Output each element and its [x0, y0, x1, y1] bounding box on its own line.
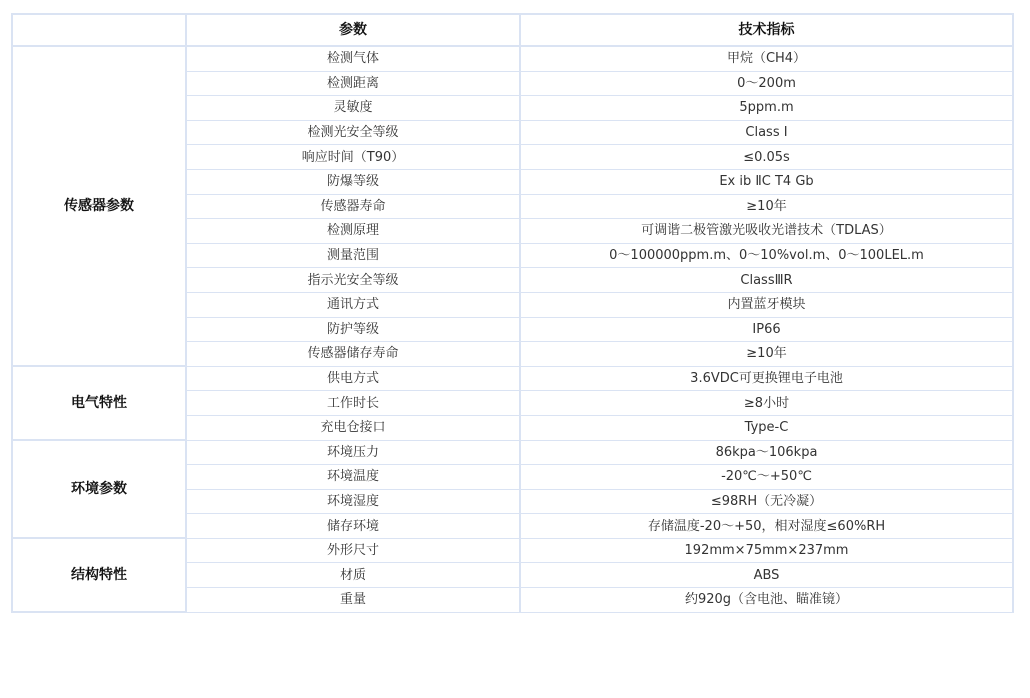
- header-group: [12, 14, 186, 46]
- value-cell: 甲烷（CH4）: [520, 46, 1013, 71]
- param-cell: 环境温度: [186, 465, 520, 490]
- param-cell: 储存环境: [186, 514, 520, 539]
- param-cell: 环境压力: [186, 440, 520, 465]
- value-cell: 86kpa～106kpa: [520, 440, 1013, 465]
- param-cell: 供电方式: [186, 366, 520, 391]
- value-cell: ABS: [520, 563, 1013, 588]
- table-row: 传感器参数检测气体甲烷（CH4）: [12, 46, 1013, 71]
- value-cell: ≤0.05s: [520, 145, 1013, 170]
- value-cell: ≤98RH（无冷凝）: [520, 489, 1013, 514]
- value-cell: Ex ib ⅡC T4 Gb: [520, 169, 1013, 194]
- table-row: 结构特性外形尺寸192mm×75mm×237mm: [12, 538, 1013, 563]
- value-cell: 内置蓝牙模块: [520, 292, 1013, 317]
- param-cell: 防护等级: [186, 317, 520, 342]
- value-cell: Class Ⅰ: [520, 120, 1013, 145]
- param-cell: 材质: [186, 563, 520, 588]
- param-cell: 测量范围: [186, 243, 520, 268]
- group-label: 结构特性: [12, 538, 186, 612]
- value-cell: 5ppm.m: [520, 96, 1013, 121]
- param-cell: 响应时间（T90）: [186, 145, 520, 170]
- header-value: 技术指标: [520, 14, 1013, 46]
- spec-body: 传感器参数检测气体甲烷（CH4）检测距离0～200m灵敏度5ppm.m检测光安全…: [12, 46, 1013, 612]
- value-cell: 0～200m: [520, 71, 1013, 96]
- param-cell: 防爆等级: [186, 169, 520, 194]
- header-param: 参数: [186, 14, 520, 46]
- value-cell: ≥10年: [520, 342, 1013, 367]
- param-cell: 环境湿度: [186, 489, 520, 514]
- param-cell: 传感器储存寿命: [186, 342, 520, 367]
- group-label: 电气特性: [12, 366, 186, 440]
- header-row: 参数 技术指标: [12, 14, 1013, 46]
- param-cell: 重量: [186, 588, 520, 613]
- spec-table: 参数 技术指标 传感器参数检测气体甲烷（CH4）检测距离0～200m灵敏度5pp…: [11, 13, 1014, 613]
- group-label: 环境参数: [12, 440, 186, 538]
- param-cell: 工作时长: [186, 391, 520, 416]
- value-cell: IP66: [520, 317, 1013, 342]
- value-cell: ClassⅢR: [520, 268, 1013, 293]
- param-cell: 充电仓接口: [186, 415, 520, 440]
- value-cell: Type-C: [520, 415, 1013, 440]
- value-cell: 存储温度-20～+50，相对湿度≤60%RH: [520, 514, 1013, 539]
- param-cell: 检测原理: [186, 219, 520, 244]
- group-label: 传感器参数: [12, 46, 186, 366]
- value-cell: 3.6VDC可更换锂电子电池: [520, 366, 1013, 391]
- value-cell: ≥8小时: [520, 391, 1013, 416]
- value-cell: 192mm×75mm×237mm: [520, 538, 1013, 563]
- param-cell: 传感器寿命: [186, 194, 520, 219]
- table-row: 电气特性供电方式3.6VDC可更换锂电子电池: [12, 366, 1013, 391]
- value-cell: ≥10年: [520, 194, 1013, 219]
- value-cell: 0～100000ppm.m、0～10%vol.m、0～100LEL.m: [520, 243, 1013, 268]
- param-cell: 检测气体: [186, 46, 520, 71]
- param-cell: 灵敏度: [186, 96, 520, 121]
- value-cell: 约920g（含电池、瞄准镜）: [520, 588, 1013, 613]
- param-cell: 外形尺寸: [186, 538, 520, 563]
- param-cell: 检测距离: [186, 71, 520, 96]
- value-cell: 可调谐二极管激光吸收光谱技术（TDLAS）: [520, 219, 1013, 244]
- value-cell: -20℃～+50℃: [520, 465, 1013, 490]
- param-cell: 指示光安全等级: [186, 268, 520, 293]
- param-cell: 检测光安全等级: [186, 120, 520, 145]
- param-cell: 通讯方式: [186, 292, 520, 317]
- table-row: 环境参数环境压力86kpa～106kpa: [12, 440, 1013, 465]
